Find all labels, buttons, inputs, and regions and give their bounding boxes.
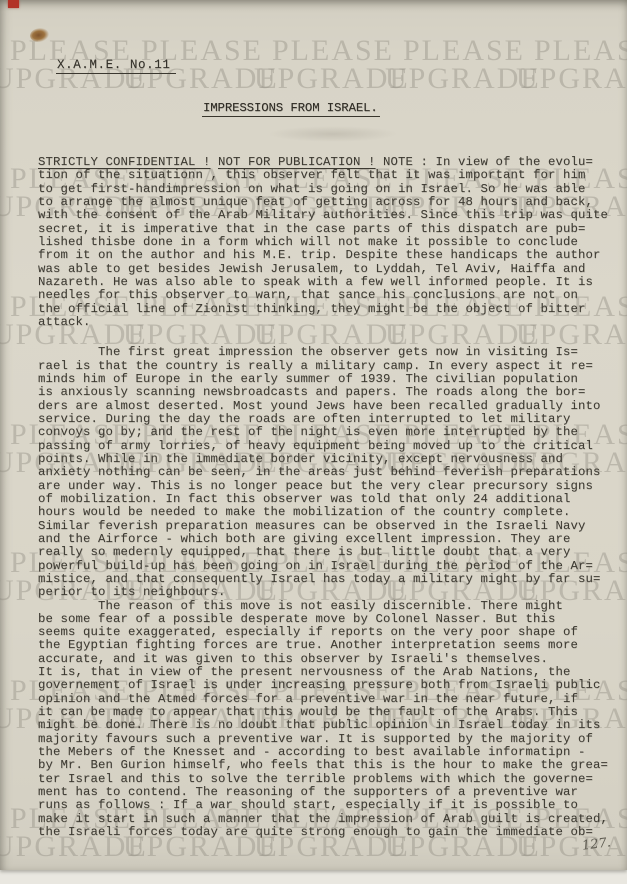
text-line: of mobilization. In fact this observer w…: [38, 493, 608, 506]
watermark-word: UPGRADE: [385, 64, 541, 94]
text-segment: NOTE : In view of the evolu=: [376, 155, 593, 169]
text-line: powerful build-up has been going on in I…: [38, 560, 608, 573]
paragraph: The reason of this move is not easily di…: [38, 600, 608, 840]
text-line: by Mr. Ben Gurion himself, who feels tha…: [38, 759, 608, 772]
text-line: runs as follows : If a war should start,…: [38, 799, 608, 812]
text-line: majority favours such a preventive war. …: [38, 733, 608, 746]
text-line: tion of the situationn , this observer f…: [38, 169, 608, 182]
text-line: is anxiously scanning newsbroadcasts and…: [38, 386, 608, 399]
text-line: rael is that the country is really a mil…: [38, 360, 608, 373]
text-line: ter Israel and this to solve the terribl…: [38, 773, 608, 786]
text-line: STRICTLY CONFIDENTIAL ! NOT FOR PUBLICAT…: [38, 156, 608, 169]
text-line: accurate, and it was given to this obser…: [38, 653, 608, 666]
text-line: ders are almost deserted. Most yound Jew…: [38, 400, 608, 413]
text-line: are under way. This is no longer peace b…: [38, 480, 608, 493]
text-line: might be done. There is no doubt that pu…: [38, 719, 608, 732]
text-line: the official line of Zionist thinking, t…: [38, 303, 608, 316]
text-line: convoys go by; and the rest of the night…: [38, 426, 608, 439]
text-line: passing of army lorries, of heavy equipm…: [38, 440, 608, 453]
paragraph: The first great impression the observer …: [38, 346, 608, 599]
paper-stain: [29, 26, 50, 43]
text-line: with the consent of the Arab Military au…: [38, 209, 608, 222]
text-line: points. While in the immediate border vi…: [38, 453, 608, 466]
text-line: really so medernly equipped, that there …: [38, 546, 608, 559]
text-line: be some fear of a possible desperate mov…: [38, 613, 608, 626]
watermark-word: UPGRADE: [254, 64, 410, 94]
text-line: service. During the day the roads are of…: [38, 413, 608, 426]
text-line: and the Airforce - which both are giving…: [38, 533, 608, 546]
erased-smudge: [268, 126, 398, 142]
text-line: The first great impression the observer …: [38, 346, 608, 359]
text-line: to get first-handimpression on what is g…: [38, 183, 608, 196]
text-line: was able to get besides Jewish Jerusalem…: [38, 263, 608, 276]
watermark-word: PLEASE: [272, 36, 394, 66]
text-line: hours would be needed to make the mobili…: [38, 506, 608, 519]
text-line: needles for this observer to warn, that …: [38, 289, 608, 302]
red-corner-mark: [8, 0, 19, 8]
text-line: the Mebers of the Knesset and - accordin…: [38, 746, 608, 759]
text-line: make it start in such a manner that the …: [38, 813, 608, 826]
text-line: minds him of Europe in the early summer …: [38, 373, 608, 386]
text-line: it can be made to appear that this would…: [38, 706, 608, 719]
watermark-word: UPGRADE: [516, 64, 627, 94]
text-line: from it on the author and his M.E. trip.…: [38, 249, 608, 262]
text-line: seems quite exaggerated, especially if r…: [38, 626, 608, 639]
text-line: perior to its neighbours.: [38, 586, 608, 599]
text-line: Nazareth. He was also able to speak with…: [38, 276, 608, 289]
text-line: secret, it is imperative that in the cas…: [38, 223, 608, 236]
scanned-paper: PLEASEUPGRADEPLEASEUPGRADEPLEASEUPGRADEP…: [0, 0, 627, 870]
text-line: opinion and the Atmed forces for a preve…: [38, 693, 608, 706]
watermark-word: PLEASE: [403, 36, 525, 66]
page-number: 127.: [581, 835, 612, 853]
text-line: the Israeli forces today are quite stron…: [38, 826, 608, 839]
text-line: lished thisbe done in a form which will …: [38, 236, 608, 249]
text-line: ment has to contend. The reasoning of th…: [38, 786, 608, 799]
underlined-text: STRICTLY CONFIDENTIAL !: [38, 155, 211, 169]
text-line: attack.: [38, 316, 608, 329]
text-line: to arrange the almost unique feat of get…: [38, 196, 608, 209]
text-segment: [211, 155, 219, 169]
underlined-text: NOT FOR PUBLICATION !: [218, 155, 376, 169]
text-line: anxiety nothing can be seen, in the area…: [38, 466, 608, 479]
text-line: mistice, and that consequently Israel ha…: [38, 573, 608, 586]
document-number: X.A.M.E. No.11: [56, 58, 176, 74]
text-line: Similar feverish preparation measures ca…: [38, 520, 608, 533]
document-title: IMPRESSIONS FROM ISRAEL.: [202, 101, 380, 117]
watermark-word: PLEASE: [534, 36, 627, 66]
document-body: STRICTLY CONFIDENTIAL ! NOT FOR PUBLICAT…: [38, 156, 608, 839]
text-line: The reason of this move is not easily di…: [38, 600, 608, 613]
text-line: It is, that in view of the present nervo…: [38, 666, 608, 679]
text-line: the Egyptian fighting forces are true. A…: [38, 639, 608, 652]
paragraph: STRICTLY CONFIDENTIAL ! NOT FOR PUBLICAT…: [38, 156, 608, 329]
text-line: governement of Israel is under increasin…: [38, 679, 608, 692]
